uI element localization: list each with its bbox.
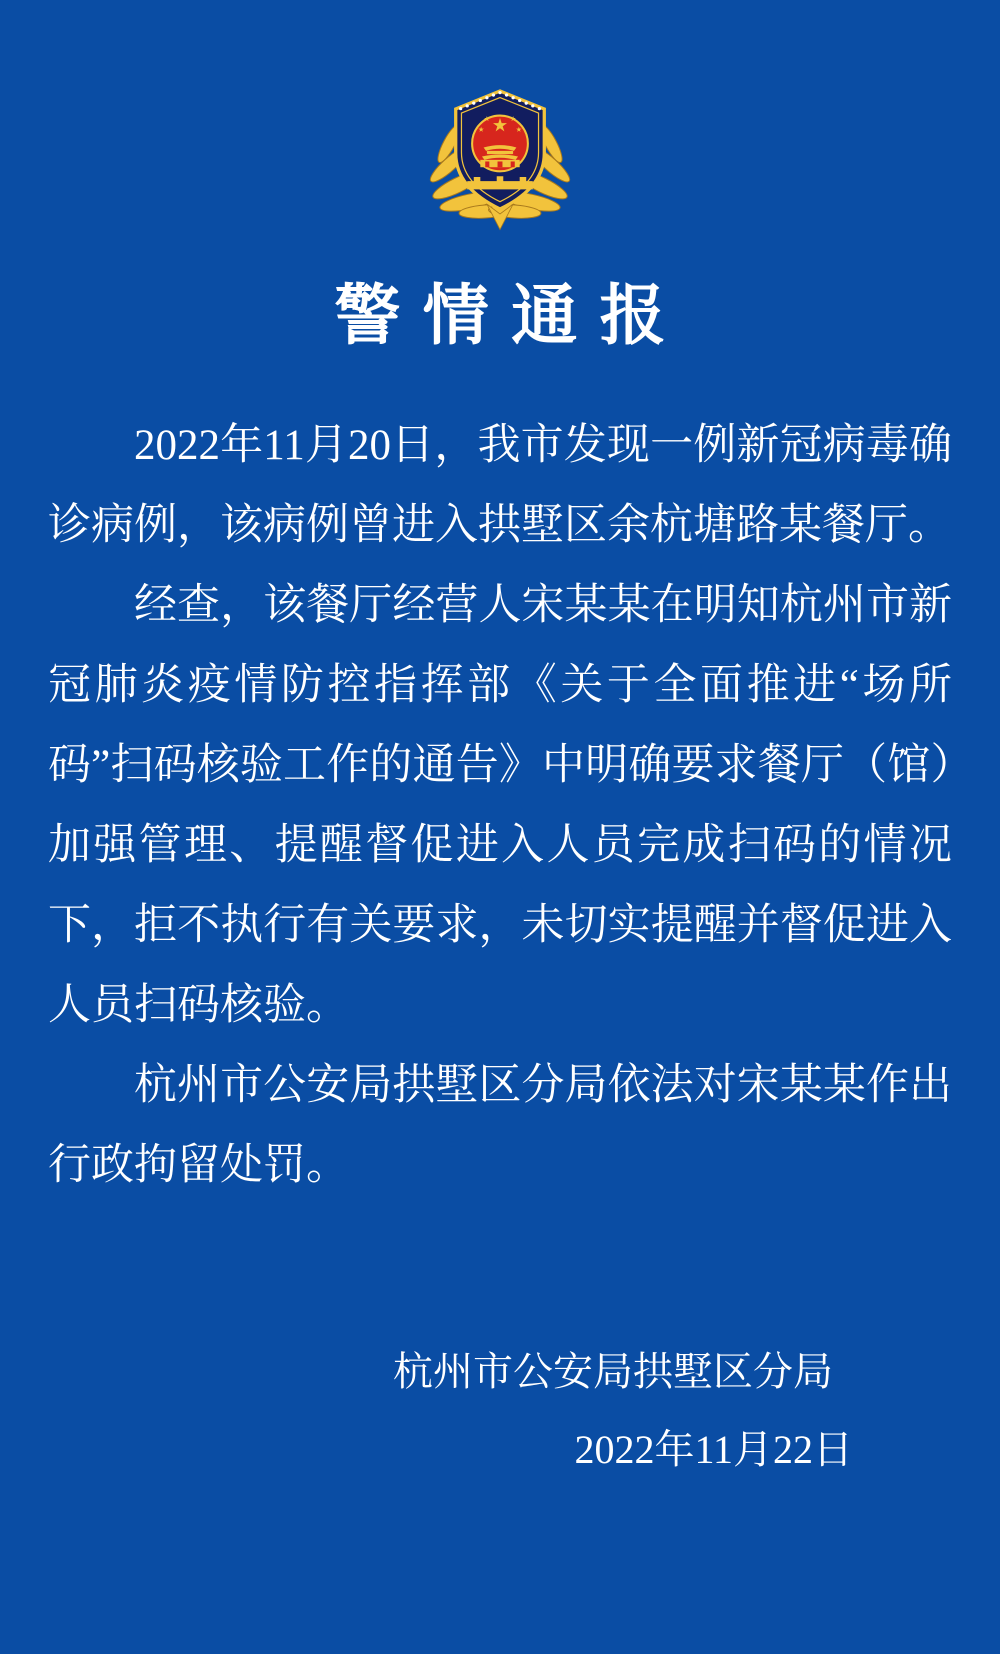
issue-date: 2022年11月22日 [0,1426,1000,1474]
tiananmen-gate [480,145,519,167]
notice-paragraph-2: 经查，该餐厅经营人宋某某在明知杭州市新冠肺炎疫情防控指挥部《关于全面推进“场所码… [48,566,952,1046]
notice-title: 警情通报 [0,284,1000,350]
issuer-signature: 杭州市公安局拱墅区分局 [0,1348,1000,1396]
great-wall [467,176,533,189]
notice-body: 2022年11月20日，我市发现一例新冠病毒确诊病例，该病例曾进入拱墅区余杭塘路… [48,406,952,1206]
notice-paragraph-3: 杭州市公安局拱墅区分局依法对宋某某作出行政拘留处罚。 [48,1046,952,1206]
police-badge [418,68,582,232]
police-notice-poster: 警情通报 2022年11月20日，我市发现一例新冠病毒确诊病例，该病例曾进入拱墅… [0,0,1000,1654]
police-badge-icon [418,68,582,232]
notice-paragraph-1: 2022年11月20日，我市发现一例新冠病毒确诊病例，该病例曾进入拱墅区余杭塘路… [48,406,952,566]
